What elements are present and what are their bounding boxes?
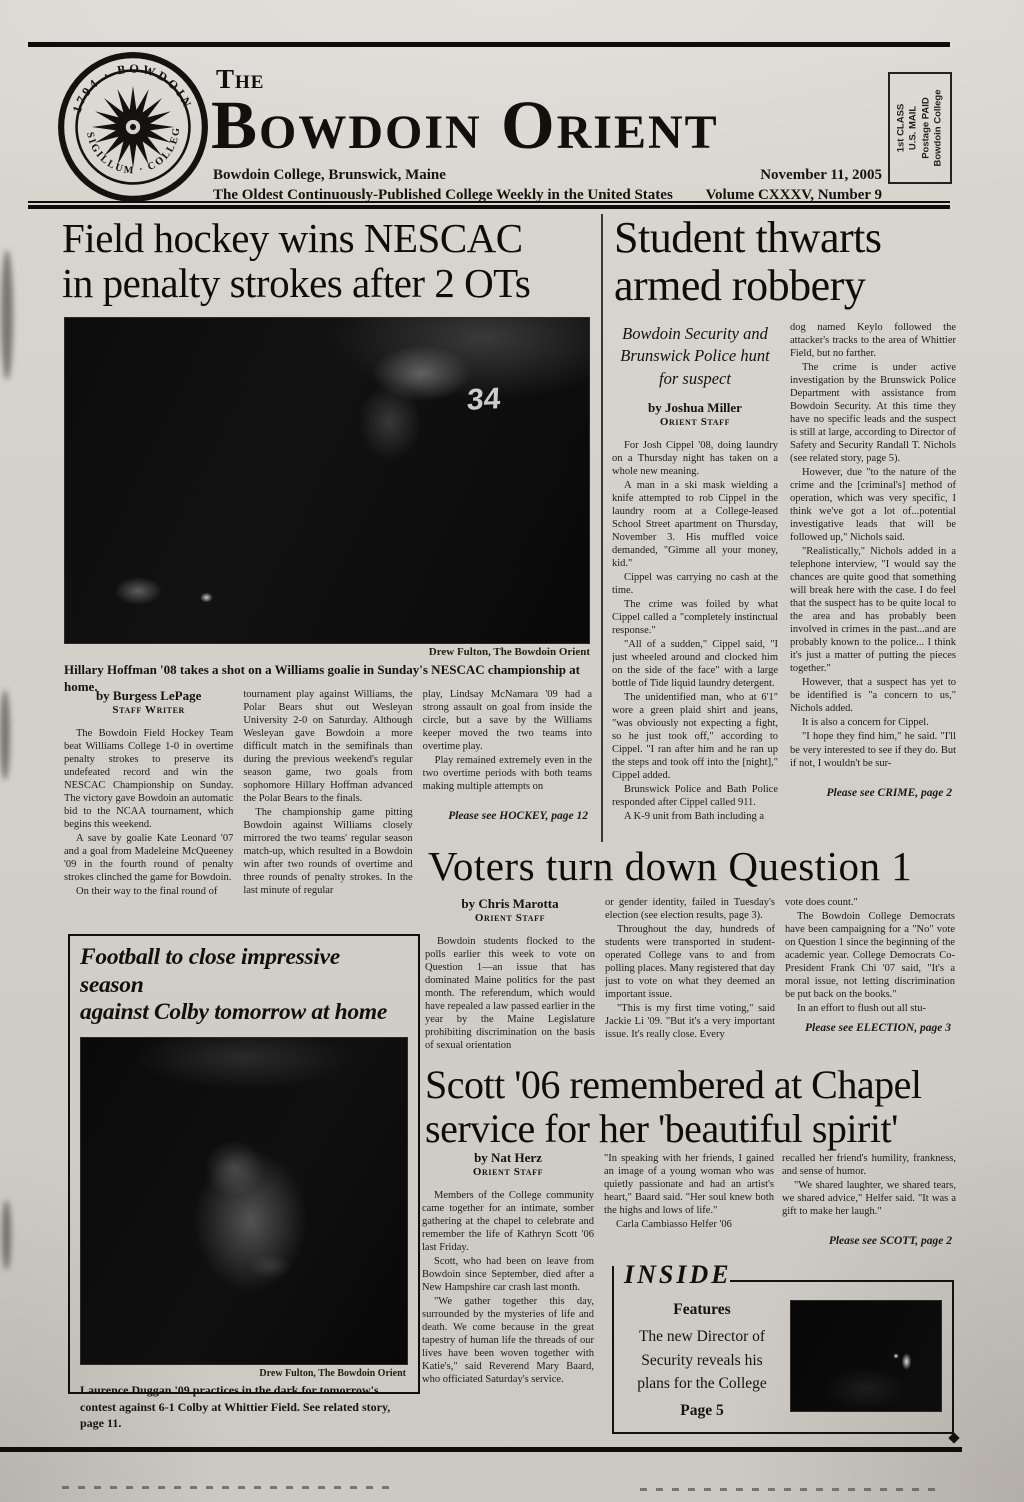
paragraph: The crime is under active investigation … [790, 361, 956, 465]
paragraph: "We gather together this day, surrounded… [422, 1295, 594, 1386]
robbery-headline: Student thwarts armed robbery [614, 214, 956, 309]
paragraph: However, due "to the nature of the crime… [790, 466, 956, 544]
newspaper-front-page: 1794 · BOWDOIN SIGILLUM · COLLEGII The B… [0, 0, 1024, 1502]
masthead-location: Bowdoin College, Brunswick, Maine [213, 167, 446, 184]
deck: Bowdoin Security and Brunswick Police hu… [616, 323, 774, 390]
scott-headline: Scott '06 remembered at Chapel service f… [425, 1063, 957, 1151]
paragraph: recalled her friend's humility, franknes… [782, 1152, 956, 1178]
inside-photo [790, 1300, 942, 1412]
paragraph: dog named Keylo followed the attacker's … [790, 321, 956, 360]
byline-role: Orient Staff [422, 1166, 594, 1180]
paragraph: In an effort to flush out all stu- [785, 1002, 955, 1015]
paragraph: "Realistically," Nichols added in a tele… [790, 545, 956, 675]
paragraph: play, Lindsay McNamara '09 had a strong … [423, 688, 592, 753]
field-hockey-photo: 34 [64, 317, 590, 644]
scan-artifact [62, 1486, 392, 1489]
top-rule [28, 42, 950, 47]
article-column: recalled her friend's humility, franknes… [782, 1152, 956, 1264]
mailer-line: Bowdoin College [932, 78, 944, 178]
scan-artifact [2, 1200, 11, 1270]
paragraph: Play remained extremely even in the two … [423, 754, 592, 793]
paragraph: The championship game pitting Bowdoin ag… [243, 806, 412, 897]
photo-caption: Laurence Duggan '09 practices in the dar… [80, 1382, 408, 1432]
byline: by Chris Marotta [425, 896, 595, 912]
robbery-article: Bowdoin Security and Brunswick Police hu… [612, 321, 956, 845]
hockey-headline: Field hockey wins NESCAC in penalty stro… [62, 216, 596, 306]
paragraph: However, that a suspect has yet to be id… [790, 676, 956, 715]
jump-line: Please see ELECTION, page 3 [785, 1021, 955, 1035]
inside-box-border [952, 1280, 954, 1434]
paragraph: Brunswick Police and Bath Police respond… [612, 783, 778, 809]
paragraph: Scott, who had been on leave from Bowdoi… [422, 1255, 594, 1294]
jump-line: Please see CRIME, page 2 [790, 786, 956, 800]
inside-page: Page 5 [618, 1399, 786, 1422]
photo-credit: Drew Fulton, The Bowdoin Orient [82, 1368, 406, 1379]
paragraph: or gender identity, failed in Tuesday's … [605, 896, 775, 922]
article-column: by Burgess LePage Staff Writer The Bowdo… [64, 688, 233, 935]
mailer-line: 1st CLASS [895, 78, 907, 178]
nameplate-title: Bowdoin Orient [211, 86, 719, 165]
football-headline: Football to close impressive season agai… [80, 944, 408, 1027]
mailer-line: Postage PAID [920, 78, 932, 178]
paragraph: Bowdoin students flocked to the polls ea… [425, 935, 595, 1052]
paragraph: It is also a concern for Cippel. [790, 716, 956, 729]
article-column: dog named Keylo followed the attacker's … [790, 321, 956, 845]
inside-blurb: plans for the College [618, 1372, 786, 1395]
article-column: tournament play against Williams, the Po… [243, 688, 412, 935]
jump-line: Please see HOCKEY, page 12 [423, 809, 592, 823]
scan-artifact [1, 250, 13, 380]
paragraph: "All of a sudden," Cippel said, "I just … [612, 638, 778, 690]
article-column: by Chris Marotta Orient Staff Bowdoin st… [425, 896, 595, 1058]
inside-box-border [612, 1432, 954, 1434]
football-photo [80, 1037, 408, 1365]
paragraph: For Josh Cippel '08, doing laundry on a … [612, 439, 778, 478]
end-mark [948, 1432, 959, 1443]
article-column: or gender identity, failed in Tuesday's … [605, 896, 775, 1058]
jump-line: Please see SCOTT, page 2 [782, 1234, 956, 1248]
inside-section: Features [618, 1298, 786, 1321]
scan-artifact [640, 1488, 940, 1491]
article-column: "In speaking with her friends, I gained … [604, 1152, 774, 1264]
byline-role: Staff Writer [64, 704, 233, 718]
paragraph: On their way to the final round of [64, 885, 233, 898]
article-column: by Nat Herz Orient Staff Members of the … [422, 1150, 594, 1446]
paragraph: A K-9 unit from Bath including a [612, 810, 778, 823]
byline: by Burgess LePage [64, 688, 233, 704]
masthead-rule [28, 201, 950, 209]
paragraph: Members of the College community came to… [422, 1189, 594, 1254]
masthead-date: November 11, 2005 [650, 167, 882, 184]
byline: by Joshua Miller [612, 400, 778, 416]
inside-box-border [612, 1266, 614, 1434]
jersey-number: 34 [466, 382, 501, 418]
bottom-rule [0, 1447, 962, 1452]
scan-artifact [0, 690, 10, 780]
inside-blurb: The new Director of [618, 1325, 786, 1348]
inside-contents: Features The new Director of Security re… [618, 1298, 786, 1422]
football-box: Football to close impressive season agai… [68, 934, 420, 1394]
paragraph: The Bowdoin College Democrats have been … [785, 910, 955, 1001]
paragraph: A man in a ski mask wielding a knife att… [612, 479, 778, 570]
article-column: Bowdoin Security and Brunswick Police hu… [612, 321, 778, 845]
paragraph: "We shared laughter, we shared tears, we… [782, 1179, 956, 1218]
paragraph: A save by goalie Kate Leonard '07 and a … [64, 832, 233, 884]
paragraph: Carla Cambiasso Helfer '06 [604, 1218, 774, 1231]
election-headline: Voters turn down Question 1 [428, 845, 956, 888]
paragraph: Throughout the day, hundreds of students… [605, 923, 775, 1001]
inside-blurb: Security reveals his [618, 1349, 786, 1372]
paragraph: "I hope they find him," he said. "I'll b… [790, 730, 956, 769]
college-seal-icon: 1794 · BOWDOIN SIGILLUM · COLLEGII [56, 50, 210, 204]
byline-role: Orient Staff [612, 416, 778, 430]
mailer-line: U.S. MAIL [908, 78, 920, 178]
paragraph: tournament play against Williams, the Po… [243, 688, 412, 805]
paragraph: The crime was foiled by what Cippel call… [612, 598, 778, 637]
byline-role: Orient Staff [425, 912, 595, 926]
column-divider [601, 214, 603, 842]
paragraph: vote does count." [785, 896, 955, 909]
mailing-permit-box: 1st CLASS U.S. MAIL Postage PAID Bowdoin… [888, 72, 952, 184]
election-article: by Chris Marotta Orient Staff Bowdoin st… [425, 896, 955, 1058]
photo-credit: Drew Fulton, The Bowdoin Orient [64, 646, 590, 658]
byline: by Nat Herz [422, 1150, 594, 1166]
paragraph: Cippel was carrying no cash at the time. [612, 571, 778, 597]
inside-label: INSIDE [624, 1260, 732, 1290]
paragraph: The unidentified man, who at 6'1" wore a… [612, 691, 778, 782]
article-column: vote does count."The Bowdoin College Dem… [785, 896, 955, 1058]
paragraph: "This is my first time voting," said Jac… [605, 1002, 775, 1041]
paragraph: The Bowdoin Field Hockey Team beat Willi… [64, 727, 233, 831]
inside-box-border [730, 1280, 954, 1282]
paragraph: "In speaking with her friends, I gained … [604, 1152, 774, 1217]
